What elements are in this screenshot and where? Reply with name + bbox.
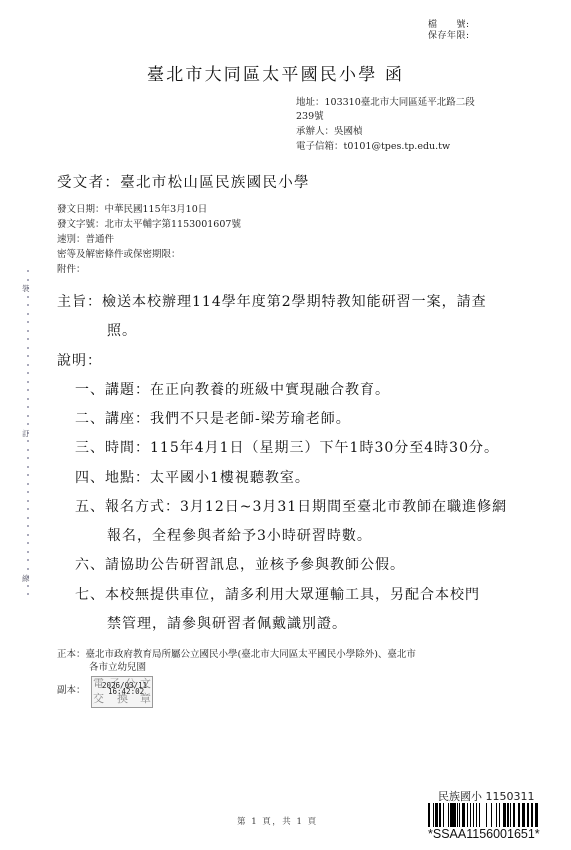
- binding-dot: [27, 559, 29, 561]
- binding-dot: [27, 423, 29, 425]
- binding-dot: [27, 338, 29, 340]
- list-item: 六、請協助公告研習訊息，並核予參與教師公假。: [75, 554, 405, 574]
- electronic-exchange-stamp: 電 子 公 文 交 換 章 2026/03/11 16:42:02: [91, 676, 153, 708]
- subject-line1: 主旨：檢送本校辦理114學年度第2學期特教知能研習一案，請查: [57, 291, 487, 311]
- binding-dot: [27, 330, 29, 332]
- list-item: 二、講座：我們不只是老師-梁芳瑜老師。: [75, 408, 351, 428]
- list-item: 七、本校無提供車位，請多利用大眾運輸工具，另配合本校門: [75, 584, 480, 604]
- document-title: 臺北市大同區太平國民小學 函: [147, 60, 404, 85]
- binding-dot: [27, 508, 29, 510]
- binding-dot: [27, 270, 29, 272]
- list-item: 四、地點：太平國小1樓視聽教室。: [75, 467, 310, 487]
- original-recipients-cont: 各市立幼兒園: [89, 661, 146, 674]
- list-item-continuation: 報名，全程參與者給予3小時研習時數。: [107, 525, 372, 545]
- binding-dot: [27, 474, 29, 476]
- binding-dot: [27, 364, 29, 366]
- document-number: 發文字號：北市太平輔字第1153001607號: [57, 217, 241, 232]
- binding-dot: [27, 398, 29, 400]
- binding-dot: [27, 491, 29, 493]
- binding-dot: [27, 296, 29, 298]
- binding-dot: [27, 534, 29, 536]
- list-item: 一、講題：在正向教養的班級中實現融合教育。: [75, 379, 390, 399]
- binding-dot: [27, 381, 29, 383]
- barcode: [428, 803, 538, 827]
- binding-dot: [27, 440, 29, 442]
- page-number: 第 1 頁，共 1 頁: [237, 815, 318, 827]
- binding-dot: [27, 313, 29, 315]
- attachments: 附件：: [57, 262, 86, 277]
- barcode-bar: [537, 803, 538, 827]
- sender-email: 電子信箱：t0101@tpes.tp.edu.tw: [296, 139, 450, 155]
- binding-dot: [27, 542, 29, 544]
- file-number-label: 檔 號:: [428, 20, 470, 31]
- binding-dot: [27, 525, 29, 527]
- binding-mark-ding: 訂: [22, 428, 30, 439]
- binding-dot: [27, 449, 29, 451]
- stamp-time: 16:42:02: [108, 688, 144, 696]
- binding-dot: [27, 517, 29, 519]
- barcode-code: *SSAA1156001651*: [428, 827, 540, 841]
- binding-dot: [27, 457, 29, 459]
- explanation-label: 說明：: [57, 350, 102, 370]
- binding-dot: [27, 483, 29, 485]
- barcode-label: 民族國小 1150311: [438, 788, 535, 804]
- binding-dot: [27, 466, 29, 468]
- confidentiality: 密等及解密條件或保密期限：: [57, 247, 181, 262]
- sender-contact: 承辦人：吳國楨: [296, 124, 363, 140]
- copy-label: 副本：: [57, 684, 86, 697]
- binding-dot: [27, 355, 29, 357]
- binding-dot: [27, 279, 29, 281]
- retention-label: 保存年限:: [428, 31, 470, 42]
- subject-line2: 照。: [107, 320, 137, 340]
- binding-dot: [27, 372, 29, 374]
- binding-dot: [27, 551, 29, 553]
- binding-dot: [27, 593, 29, 595]
- issue-date: 發文日期：中華民國115年3月10日: [57, 202, 207, 217]
- binding-dot: [27, 304, 29, 306]
- binding-dot: [27, 321, 29, 323]
- recipient: 受文者：臺北市松山區民族國民小學: [57, 171, 310, 192]
- list-item-continuation: 禁管理，請參與研習者佩戴識別證。: [107, 613, 347, 633]
- binding-dot: [27, 415, 29, 417]
- binding-dot: [27, 585, 29, 587]
- binding-dot: [27, 347, 29, 349]
- binding-mark-zhuang: 裝: [22, 283, 30, 294]
- sender-address-line2: 239號: [296, 109, 324, 125]
- delivery-speed: 速別：普通件: [57, 232, 114, 247]
- binding-mark-xian: 線: [22, 573, 30, 584]
- binding-dot: [27, 500, 29, 502]
- original-recipients: 正本：臺北市政府教育局所屬公立國民小學(臺北市大同區太平國民小學除外)、臺北市: [57, 648, 416, 661]
- list-item: 五、報名方式：3月12日~3月31日期間至臺北市教師在職進修網: [75, 496, 507, 516]
- stamp-char: 交: [93, 693, 104, 705]
- list-item: 三、時間：115年4月1日（星期三）下午1時30分至4時30分。: [75, 437, 499, 457]
- binding-dot: [27, 406, 29, 408]
- binding-dot: [27, 568, 29, 570]
- binding-dot: [27, 389, 29, 391]
